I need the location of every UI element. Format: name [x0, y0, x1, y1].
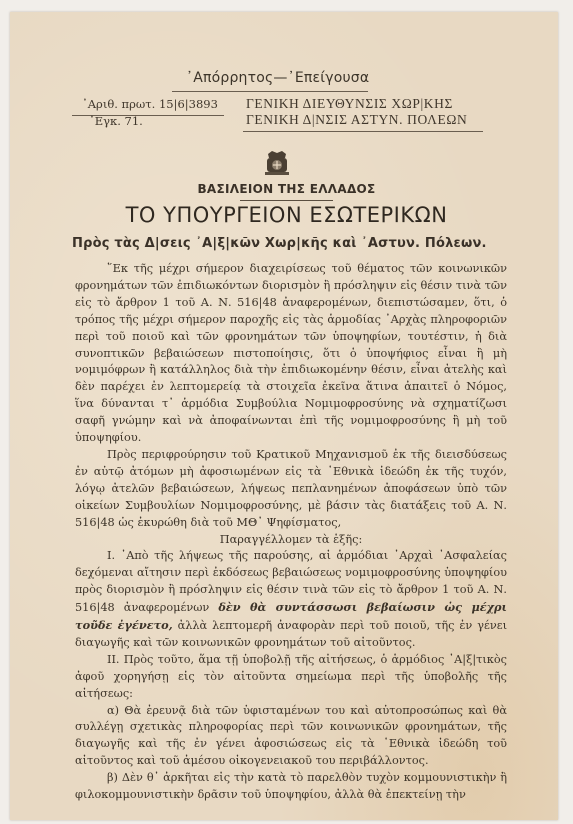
order-heading: Παραγγέλλομεν τὰ ἑξῆς: — [75, 532, 507, 549]
subsection-b: β) Δὲν θ᾿ ἀρκῆται εἰς τὴν κατὰ τὸ παρελθ… — [75, 770, 507, 804]
subsection-a: α) Θὰ ἐρευνᾷ διὰ τῶν ὑφισταμένων του καὶ… — [75, 703, 507, 771]
classification-underline — [172, 91, 368, 92]
paragraph-intro: ῞Εκ τῆς μέχρι σήμερον διαχειρίσεως τοῦ θ… — [75, 261, 507, 447]
enclosure-number: 71. — [125, 114, 143, 128]
kingdom-underline — [240, 200, 333, 201]
kingdom-heading: ΒΑΣΙΛΕΙΟΝ ΤΗΣ ΕΛΛΑΔΟΣ — [0, 182, 573, 196]
letter-body: ῞Εκ τῆς μέχρι σήμερον διαχειρίσεως τοῦ θ… — [75, 261, 507, 804]
section-II: II. Πρὸς τοῦτο, ἅμα τῇ ὑποβολῇ τῆς αἰτήσ… — [75, 652, 507, 703]
department-underline — [243, 131, 483, 132]
enclosure-line: ᾿Εγκ. 71. — [89, 114, 143, 128]
ministry-title: ΤΟ ΥΠΟΥΡΓΕΙΟΝ ΕΣΩΤΕΡΙΚΩΝ — [0, 203, 573, 227]
enclosure-label: ᾿Εγκ. — [89, 114, 121, 128]
department-city-police: ΓΕΝΙΚΗ Δ|ΝΣΙΣ ΑΣΤΥΝ. ΠΟΛΕΩΝ — [246, 112, 467, 128]
greek-royal-coat-of-arms-icon — [262, 150, 292, 178]
section-I: I. ᾿Απὸ τῆς λήψεως τῆς παρούσης, αἱ ἁρμό… — [75, 548, 507, 651]
paragraph-protection: Πρὸς περιφρούρησιν τοῦ Κρατικοῦ Μηχανισμ… — [75, 447, 507, 532]
protocol-number-line: ᾿Αριθ. πρωτ. 15|6|3893 — [82, 97, 218, 111]
protocol-number: 15|6|3893 — [159, 97, 218, 111]
classification-label: ᾿Απόρρητος—᾿Επείγουσα — [186, 70, 369, 86]
department-rural: ΓΕΝΙΚΗ ΔΙΕΥΘΥΝΣΙΣ ΧΩΡ|ΚΗΣ — [246, 96, 453, 112]
addressee-line: Πρὸς τὰς Δ|σεις ᾿Α|ξ|κῶν Χωρ|κῆς καὶ ᾿Ασ… — [72, 236, 487, 251]
protocol-label: ᾿Αριθ. πρωτ. — [82, 97, 155, 111]
